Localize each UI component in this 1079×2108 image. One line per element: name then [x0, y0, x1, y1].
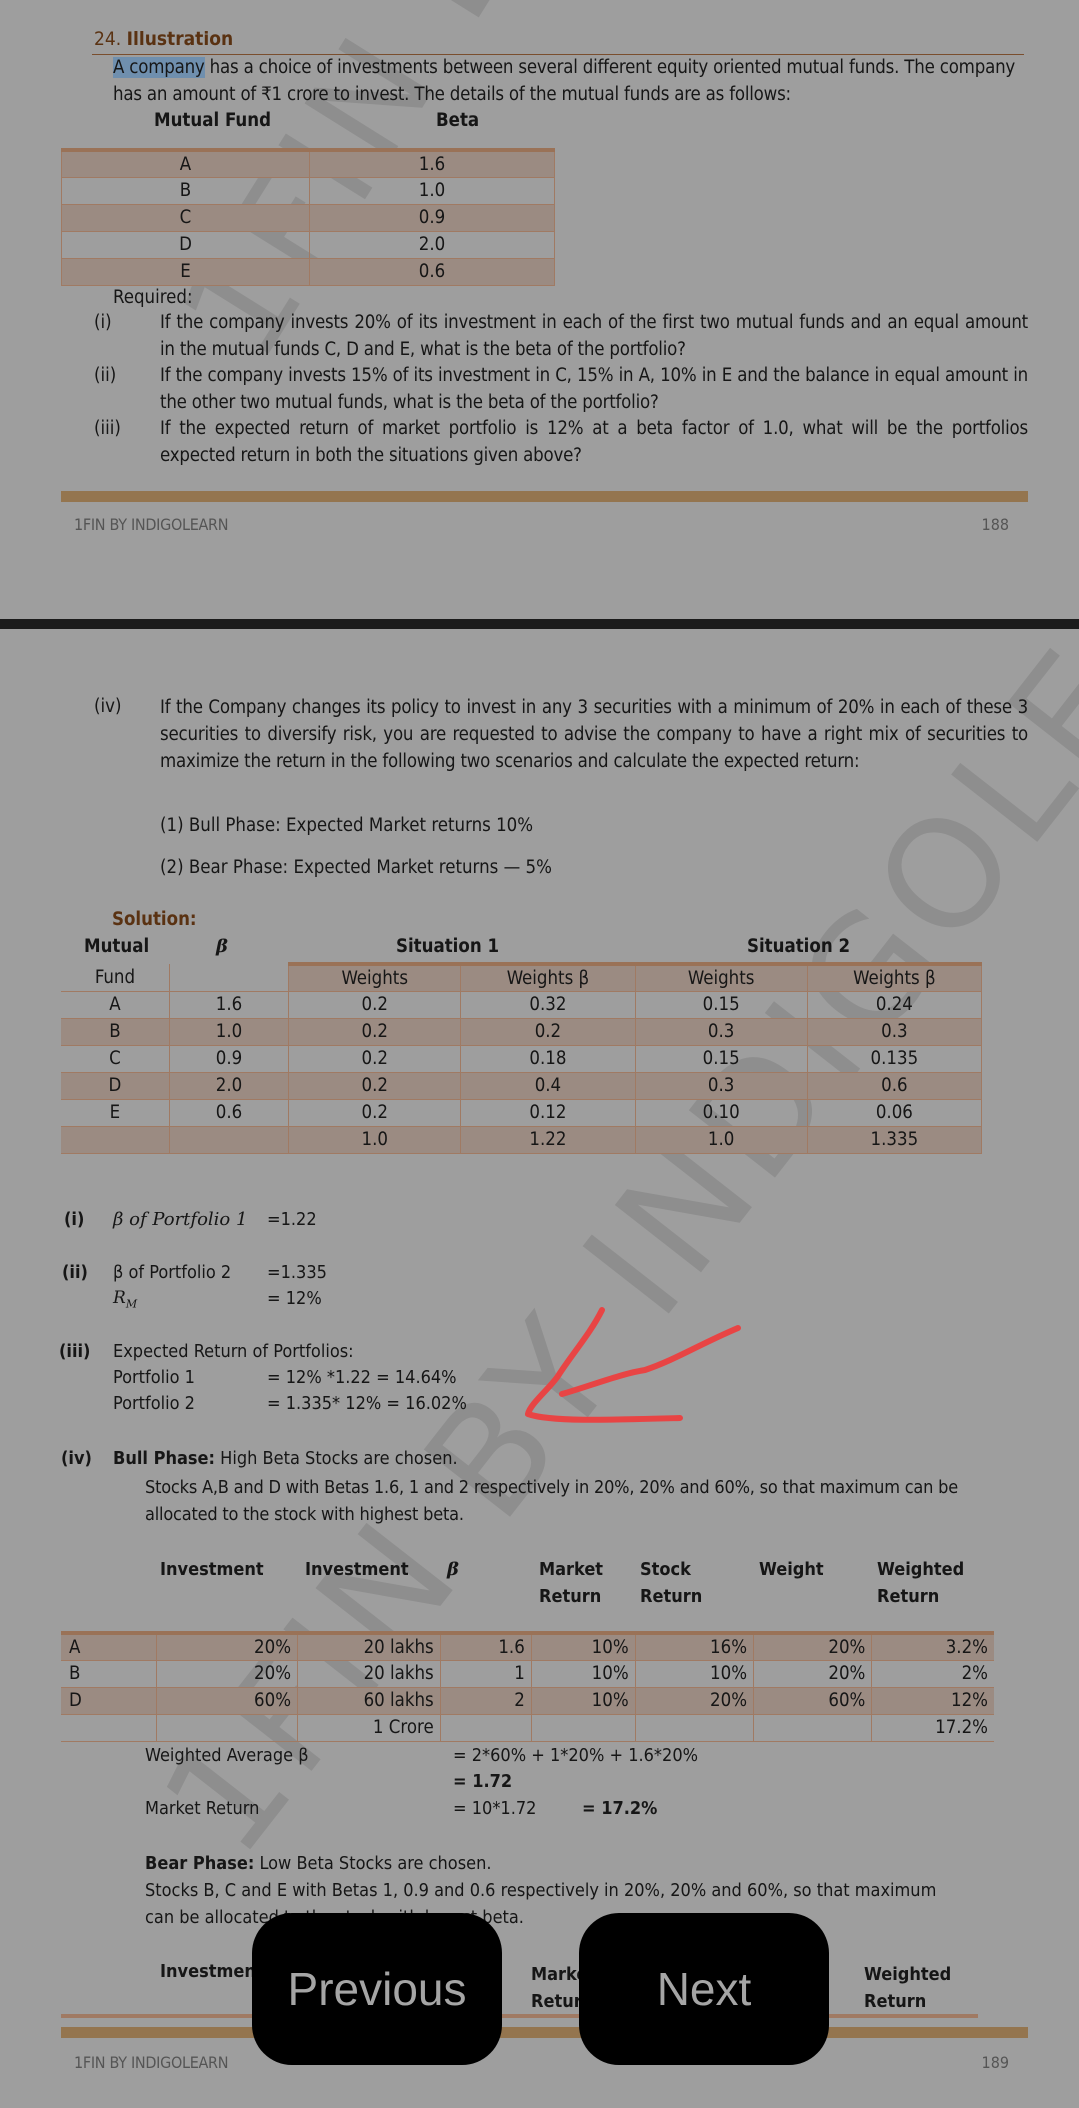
q4-number: (iv): [94, 696, 121, 717]
total-cell: 1.0: [289, 1126, 461, 1153]
footer-brand: 1FIN BY INDIGOLEARN: [74, 2053, 228, 2072]
fund-beta: 1.6: [310, 150, 555, 177]
fund-name: D: [61, 1072, 169, 1099]
table-cell: 0.24: [807, 991, 981, 1018]
table-cell: 17.2%: [872, 1714, 994, 1741]
solution-label: Solution:: [112, 909, 197, 930]
fund-name: E: [61, 1099, 169, 1126]
ans2-value: =1.335: [267, 1262, 327, 1283]
ans4-num: (iv): [61, 1448, 92, 1469]
table-cell: 10%: [531, 1660, 635, 1687]
fund-beta-table: A1.6B1.0C0.9D2.0E0.6: [61, 148, 555, 286]
page-number: 189: [982, 2053, 1009, 2072]
required-item-number: (ii): [94, 365, 116, 386]
bear-phase-paragraph-1: Stocks B, C and E with Betas 1, 0.9 and …: [145, 1880, 936, 1901]
bull-phase-table: A20%20 lakhs1.610%16%20%3.2%B20%20 lakhs…: [61, 1631, 994, 1742]
table-cell: 0.2: [289, 1018, 461, 1045]
table-cell: 16%: [635, 1633, 753, 1660]
table-cell: 0.6: [169, 1099, 288, 1126]
table-cell: [635, 1714, 753, 1741]
total-cell: [61, 1126, 169, 1153]
bear-table-top-rule: [61, 2014, 978, 2018]
table-cell: 0.3: [635, 1018, 807, 1045]
ans2-num: (ii): [62, 1262, 88, 1283]
table-cell: 20 lakhs: [298, 1633, 441, 1660]
fund-beta: 0.9: [310, 204, 555, 231]
fund-table-header-fund: Mutual Fund: [154, 110, 271, 131]
fund-name: C: [62, 204, 310, 231]
table-cell: 0.2: [289, 1099, 461, 1126]
table-cell: 60%: [157, 1687, 298, 1714]
table-cell: 2%: [872, 1660, 994, 1687]
sol-header-situation2: Situation 2: [747, 936, 850, 957]
fund-name: E: [62, 258, 310, 285]
required-item-number: (iii): [94, 418, 121, 439]
table-cell: 20 lakhs: [298, 1660, 441, 1687]
ans2-label: β of Portfolio 2: [113, 1262, 231, 1283]
table-row: E0.60.20.120.100.06: [61, 1099, 982, 1126]
table-row: C0.90.20.180.150.135: [61, 1045, 982, 1072]
table-row: B20%20 lakhs110%10%20%2%: [61, 1660, 994, 1687]
q4-text: If the Company changes its policy to inv…: [160, 694, 1028, 775]
table-row: C0.9: [62, 204, 555, 231]
table-cell: 0.06: [807, 1099, 981, 1126]
header-fund: Fund: [61, 964, 169, 991]
page-number: 188: [982, 515, 1009, 534]
sol-header-mutual: Mutual: [84, 936, 149, 957]
bear-header-investment: Investment: [160, 1961, 264, 1982]
table-cell: 10%: [531, 1687, 635, 1714]
table-cell: 10%: [635, 1660, 753, 1687]
bull-table-header: Weighted Return: [877, 1556, 977, 1610]
required-item-number: (i): [94, 312, 112, 333]
fund-name: D: [62, 231, 310, 258]
ans3-label: Expected Return of Portfolios:: [113, 1341, 354, 1362]
table-cell: 0.9: [169, 1045, 288, 1072]
fund-name: C: [61, 1045, 169, 1072]
required-item-text: If the expected return of market portfol…: [160, 416, 1028, 469]
bull-table-header: Weight: [759, 1556, 859, 1583]
page-189: 1FIN BY INDIGOLEARN (iv) If the Company …: [0, 629, 1079, 2108]
table-cell: 12%: [872, 1687, 994, 1714]
table-cell: 10%: [531, 1633, 635, 1660]
total-cell: [169, 1126, 288, 1153]
table-cell: 20%: [754, 1633, 872, 1660]
table-row: E0.6: [62, 258, 555, 285]
table-cell: 1.6: [440, 1633, 531, 1660]
stock-name: D: [61, 1687, 157, 1714]
table-cell: 0.2: [461, 1018, 635, 1045]
footer-bar: [61, 2027, 1028, 2038]
table-row: B1.0: [62, 177, 555, 204]
bull-phase-heading: Bull Phase: High Beta Stocks are chosen.: [113, 1448, 458, 1469]
table-cell: 0.12: [461, 1099, 635, 1126]
portfolio1-label: Portfolio 1: [113, 1367, 195, 1388]
total-cell: 1.335: [807, 1126, 981, 1153]
scenario-bull: (1) Bull Phase: Expected Market returns …: [160, 815, 533, 836]
bull-phase-paragraph: Stocks A,B and D with Betas 1.6, 1 and 2…: [145, 1474, 1025, 1528]
bull-table-header: Market Return: [539, 1556, 609, 1610]
table-cell: 20%: [157, 1633, 298, 1660]
weighted-avg-beta-result: = 1.72: [453, 1771, 512, 1792]
scenario-bear: (2) Bear Phase: Expected Market returns …: [160, 857, 552, 878]
table-cell: 1.0: [169, 1018, 288, 1045]
fund-beta: 1.0: [310, 177, 555, 204]
ans1-value: =1.22: [267, 1209, 317, 1230]
table-row: D60%60 lakhs210%20%60%12%: [61, 1687, 994, 1714]
table-cell: 20%: [157, 1660, 298, 1687]
table-cell: [157, 1714, 298, 1741]
page-188: 1FIN BY INDIGOLEARN 24. Illustration A c…: [0, 0, 1079, 615]
table-cell: 0.3: [635, 1072, 807, 1099]
total-cell: 1.22: [461, 1126, 635, 1153]
page-divider: [0, 619, 1079, 629]
table-cell: 0.18: [461, 1045, 635, 1072]
previous-button[interactable]: Previous: [252, 1913, 502, 2065]
ans3-num: (iii): [59, 1341, 90, 1362]
selected-text-highlight[interactable]: A company: [113, 57, 205, 78]
table-row: D2.0: [62, 231, 555, 258]
table-cell: 0.2: [289, 991, 461, 1018]
required-item-text: If the company invests 15% of its invest…: [160, 363, 1028, 416]
table-cell: [531, 1714, 635, 1741]
table-cell: [440, 1714, 531, 1741]
market-return-calc: = 10*1.72: [453, 1798, 536, 1819]
table-cell: 3.2%: [872, 1633, 994, 1660]
required-label: Required:: [113, 287, 193, 308]
fund-name: B: [62, 177, 310, 204]
weighted-avg-beta-calc: = 2*60% + 1*20% + 1.6*20%: [453, 1745, 698, 1766]
table-cell: 0.6: [807, 1072, 981, 1099]
bull-table-header: Stock Return: [640, 1556, 710, 1610]
sol-header-situation1: Situation 1: [396, 936, 499, 957]
header-beta-blank: [169, 964, 288, 991]
table-cell: 1 Crore: [298, 1714, 441, 1741]
market-return-result: = 17.2%: [582, 1798, 657, 1819]
rm-value: = 12%: [267, 1288, 322, 1309]
fund-name: B: [61, 1018, 169, 1045]
table-cell: 0.15: [635, 1045, 807, 1072]
table-cell: 0.3: [807, 1018, 981, 1045]
fund-name: A: [61, 991, 169, 1018]
table-cell: 0.135: [807, 1045, 981, 1072]
required-item-text: If the company invests 20% of its invest…: [160, 310, 1028, 363]
footer-bar: [61, 491, 1028, 502]
table-cell: [754, 1714, 872, 1741]
stock-name: [61, 1714, 157, 1741]
next-button[interactable]: Next: [579, 1913, 829, 2065]
table-row: D2.00.20.40.30.6: [61, 1072, 982, 1099]
footer-brand: 1FIN BY INDIGOLEARN: [74, 515, 228, 534]
table-header-row: FundWeightsWeights βWeightsWeights β: [61, 964, 982, 991]
portfolio1-value: = 12% *1.22 = 14.64%: [267, 1367, 457, 1388]
ans1-num: (i): [64, 1209, 84, 1230]
bear-header-weighted-return: Weighted Return: [864, 1961, 964, 2015]
sol-header-beta: β: [216, 936, 228, 957]
fund-beta: 2.0: [310, 231, 555, 258]
ans1-label: β of Portfolio 1: [113, 1209, 247, 1230]
table-total-row: 1.01.221.01.335: [61, 1126, 982, 1153]
bull-table-header: Investment: [160, 1556, 260, 1583]
table-row: A1.6: [62, 150, 555, 177]
table-cell: 60%: [754, 1687, 872, 1714]
stock-name: B: [61, 1660, 157, 1687]
fund-table-header-beta: Beta: [436, 110, 479, 131]
market-return-label: Market Return: [145, 1798, 259, 1819]
header-sub: Weights β: [461, 964, 635, 991]
table-cell: 60 lakhs: [298, 1687, 441, 1714]
fund-beta: 0.6: [310, 258, 555, 285]
table-cell: 1: [440, 1660, 531, 1687]
table-cell: 0.4: [461, 1072, 635, 1099]
table-row: A20%20 lakhs1.610%16%20%3.2%: [61, 1633, 994, 1660]
rm-label: RM: [113, 1288, 137, 1310]
bull-table-header: β: [447, 1556, 467, 1583]
weighted-avg-beta-label: Weighted Average β: [145, 1745, 309, 1766]
illustration-title: 24. Illustration: [94, 28, 233, 50]
stock-name: A: [61, 1633, 157, 1660]
portfolio2-value: = 1.335* 12% = 16.02%: [267, 1393, 467, 1414]
intro-paragraph[interactable]: A company has a choice of investments be…: [113, 55, 1021, 108]
header-sub: Weights β: [807, 964, 981, 991]
portfolio2-label: Portfolio 2: [113, 1393, 195, 1414]
table-cell: 0.10: [635, 1099, 807, 1126]
bull-table-header: Investment: [305, 1556, 405, 1583]
table-total-row: 1 Crore17.2%: [61, 1714, 994, 1741]
bear-phase-heading: Bear Phase: Low Beta Stocks are chosen.: [145, 1853, 492, 1874]
table-cell: 20%: [754, 1660, 872, 1687]
solution-beta-table: FundWeightsWeights βWeightsWeights βA1.6…: [61, 962, 982, 1154]
table-row: A1.60.20.320.150.24: [61, 991, 982, 1018]
table-cell: 0.32: [461, 991, 635, 1018]
table-cell: 0.15: [635, 991, 807, 1018]
total-cell: 1.0: [635, 1126, 807, 1153]
table-cell: 2.0: [169, 1072, 288, 1099]
pen-annotation-arrow-icon: [510, 1304, 750, 1424]
header-sub: Weights: [635, 964, 807, 991]
table-cell: 0.2: [289, 1045, 461, 1072]
header-sub: Weights: [289, 964, 461, 991]
table-cell: 2: [440, 1687, 531, 1714]
table-row: B1.00.20.20.30.3: [61, 1018, 982, 1045]
table-cell: 1.6: [169, 991, 288, 1018]
table-cell: 20%: [635, 1687, 753, 1714]
table-cell: 0.2: [289, 1072, 461, 1099]
fund-name: A: [62, 150, 310, 177]
